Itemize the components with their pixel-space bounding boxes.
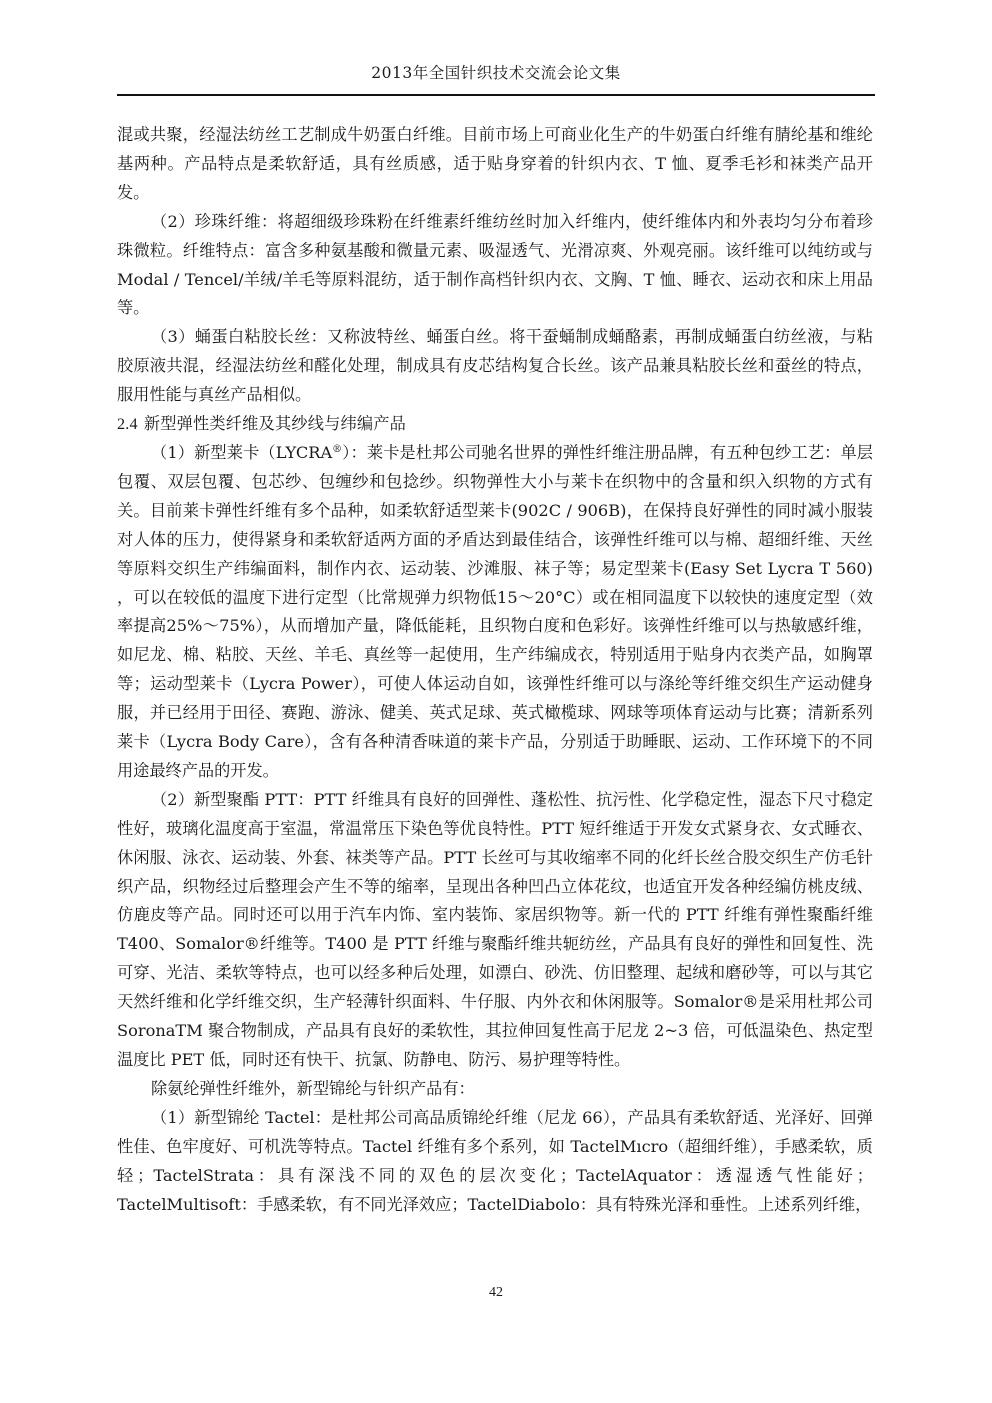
document-page: 2013年全国针织技术交流会论文集 混或共聚，经湿法纺丝工艺制成牛奶蛋白纤维。目…: [0, 0, 992, 1403]
section-title: 新型弹性类纤维及其纱线与纬编产品: [144, 414, 406, 433]
paragraph-ptt: （2）新型聚酯 PTT：PTT 纤维具有良好的回弹性、蓬松性、抗污性、化学稳定性…: [117, 786, 873, 1075]
section-number: 2.4: [117, 415, 138, 433]
paragraph-nylon-intro: 除氨纶弹性纤维外，新型锦纶与针织产品有：: [117, 1075, 873, 1104]
paragraph-milk-protein-continued: 混或共聚，经湿法纺丝工艺制成牛奶蛋白纤维。目前市场上可商业化生产的牛奶蛋白纤维有…: [117, 121, 873, 208]
header-rule: [117, 94, 875, 96]
running-header: 2013年全国针织技术交流会论文集: [117, 62, 875, 84]
lycra-body: ）：莱卡是杜邦公司驰名世界的弹性纤维注册品牌，有五种包纱工艺：单层包覆、双层包覆…: [117, 443, 873, 780]
lycra-intro: （1）新型莱卡（LYCRA: [151, 443, 332, 462]
paragraph-pupa-protein-viscose: （3）蛹蛋白粘胶长丝：又称波特丝、蛹蛋白丝。将干蚕蛹制成蛹酪素，再制成蛹蛋白纺丝…: [117, 323, 873, 410]
section-heading: 2.4新型弹性类纤维及其纱线与纬编产品: [117, 410, 873, 439]
paragraph-pearl-fiber: （2）珍珠纤维：将超细级珍珠粉在纤维素纤维纺丝时加入纤维内，使纤维体内和外表均匀…: [117, 208, 873, 324]
paragraph-lycra: （1）新型莱卡（LYCRA®）：莱卡是杜邦公司驰名世界的弹性纤维注册品牌，有五种…: [117, 439, 873, 786]
paragraph-tactel: （1）新型锦纶 Tactel：是杜邦公司高品质锦纶纤维（尼龙 66），产品具有柔…: [117, 1104, 873, 1220]
registered-mark: ®: [332, 444, 342, 455]
page-number: 42: [0, 1285, 992, 1301]
body-text: 混或共聚，经湿法纺丝工艺制成牛奶蛋白纤维。目前市场上可商业化生产的牛奶蛋白纤维有…: [117, 121, 873, 1219]
